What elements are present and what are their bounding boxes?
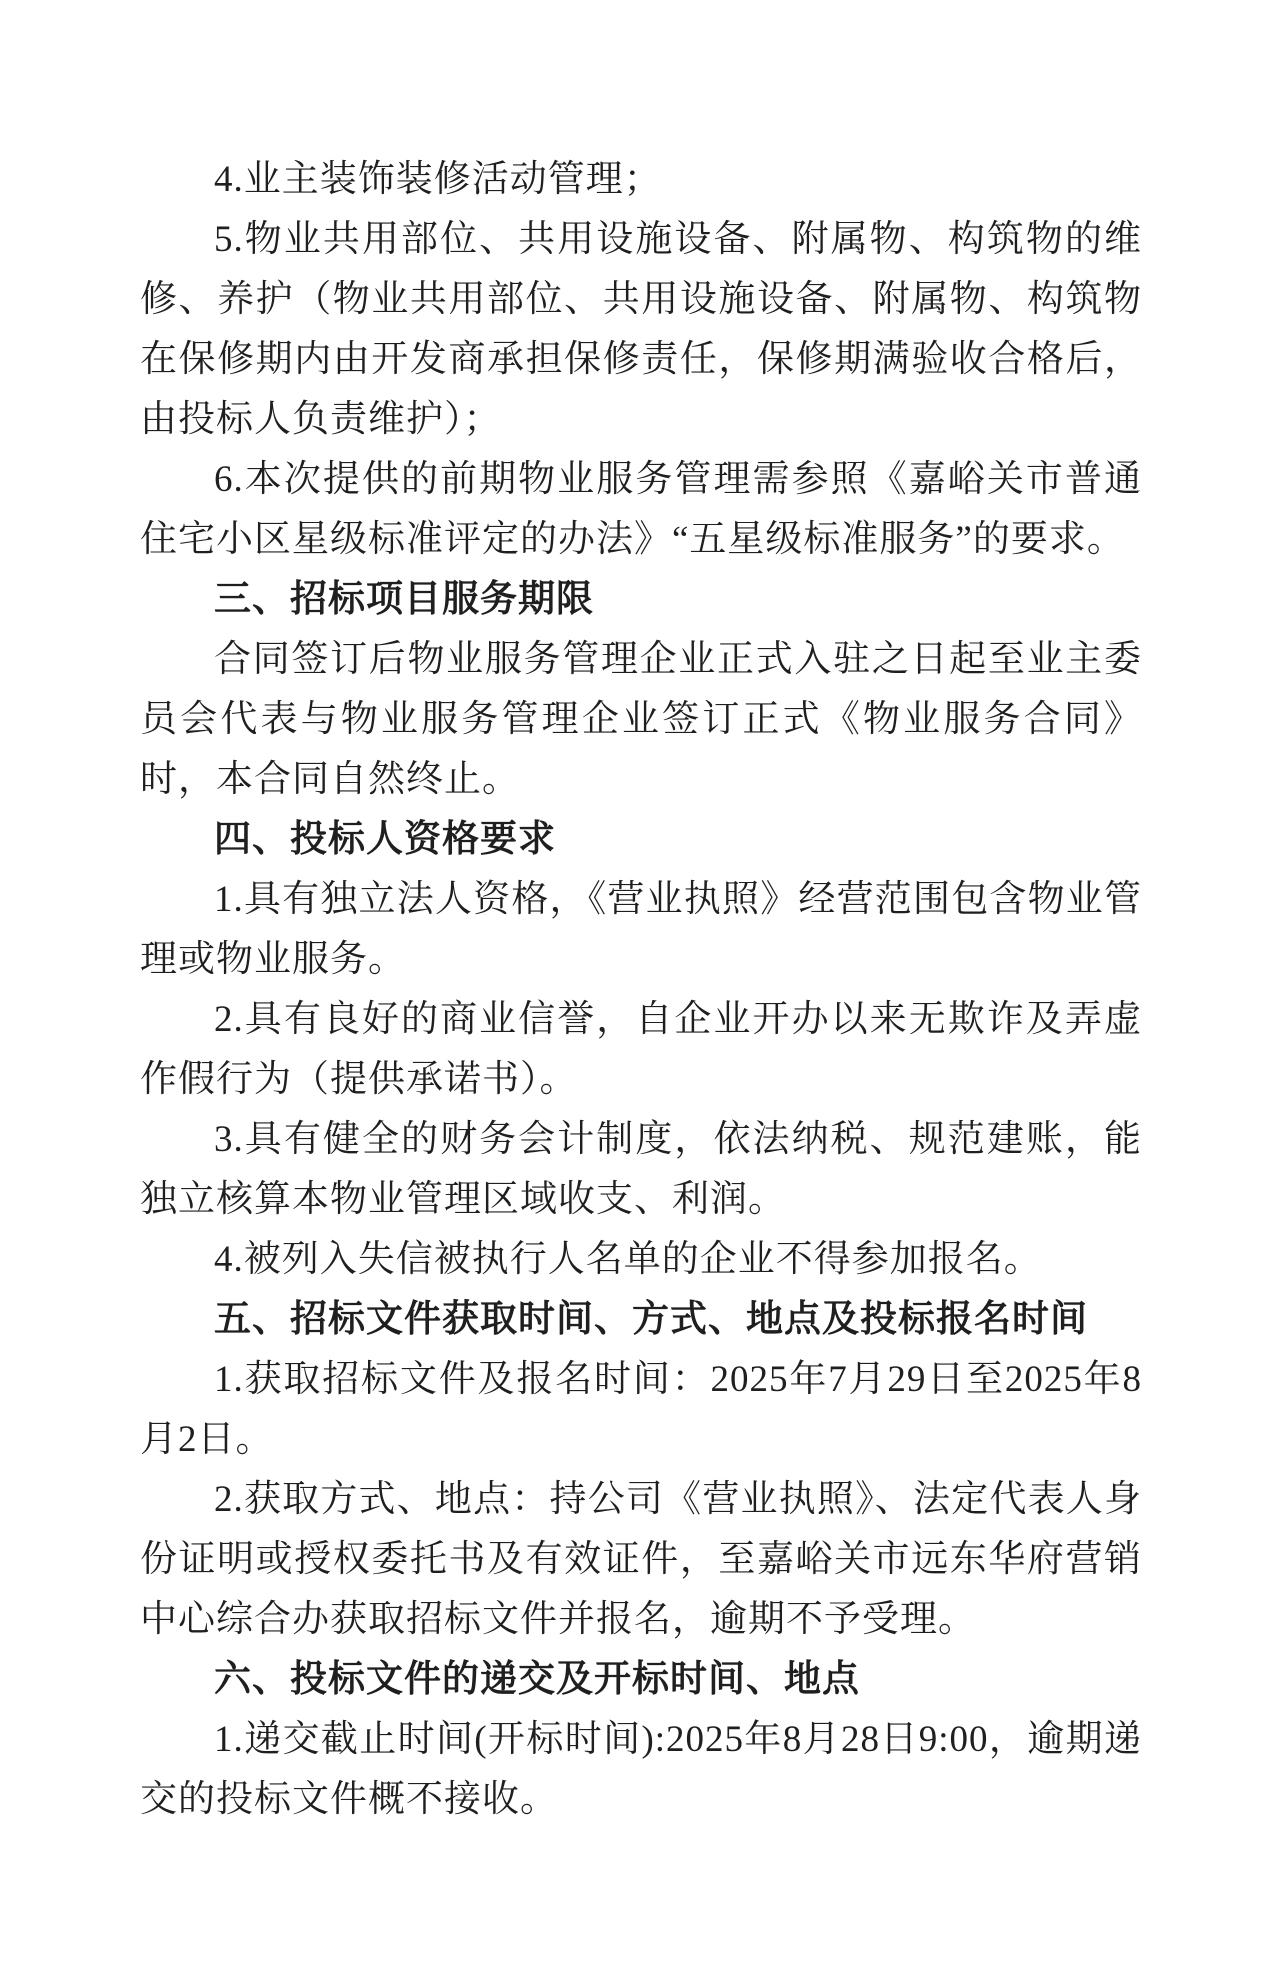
paragraph-deadline: 1.递交截止时间(开标时间):2025年8月28日9:00，逾期递交的投标文件概…	[140, 1710, 1142, 1830]
paragraph-service-term: 合同签订后物业服务管理企业正式入驻之日起至业主委员会代表与物业服务管理企业签订正…	[140, 630, 1142, 810]
section-heading-6: 六、投标文件的递交及开标时间、地点	[140, 1650, 1142, 1710]
section-heading-5: 五、招标文件获取时间、方式、地点及投标报名时间	[140, 1290, 1142, 1350]
paragraph-qualification-3: 3.具有健全的财务会计制度，依法纳税、规范建账，能独立核算本物业管理区域收支、利…	[140, 1110, 1142, 1230]
paragraph-item-6: 6.本次提供的前期物业服务管理需参照《嘉峪关市普通住宅小区星级标准评定的办法》“…	[140, 450, 1142, 570]
section-heading-4: 四、投标人资格要求	[140, 810, 1142, 870]
paragraph-item-5: 5.物业共用部位、共用设施设备、附属物、构筑物的维修、养护（物业共用部位、共用设…	[140, 210, 1142, 450]
paragraph-obtain-time: 1.获取招标文件及报名时间：2025年7月29日至2025年8月2日。	[140, 1350, 1142, 1470]
paragraph-item-4: 4.业主装饰装修活动管理；	[140, 150, 1142, 210]
section-heading-3: 三、招标项目服务期限	[140, 570, 1142, 630]
document-page: 4.业主装饰装修活动管理； 5.物业共用部位、共用设施设备、附属物、构筑物的维修…	[0, 0, 1279, 1975]
document-content: 4.业主装饰装修活动管理； 5.物业共用部位、共用设施设备、附属物、构筑物的维修…	[140, 150, 1142, 1830]
paragraph-obtain-method: 2.获取方式、地点：持公司《营业执照》、法定代表人身份证明或授权委托书及有效证件…	[140, 1470, 1142, 1650]
paragraph-qualification-4: 4.被列入失信被执行人名单的企业不得参加报名。	[140, 1230, 1142, 1290]
paragraph-qualification-2: 2.具有良好的商业信誉，自企业开办以来无欺诈及弄虚作假行为（提供承诺书）。	[140, 990, 1142, 1110]
paragraph-qualification-1: 1.具有独立法人资格，《营业执照》经营范围包含物业管理或物业服务。	[140, 870, 1142, 990]
